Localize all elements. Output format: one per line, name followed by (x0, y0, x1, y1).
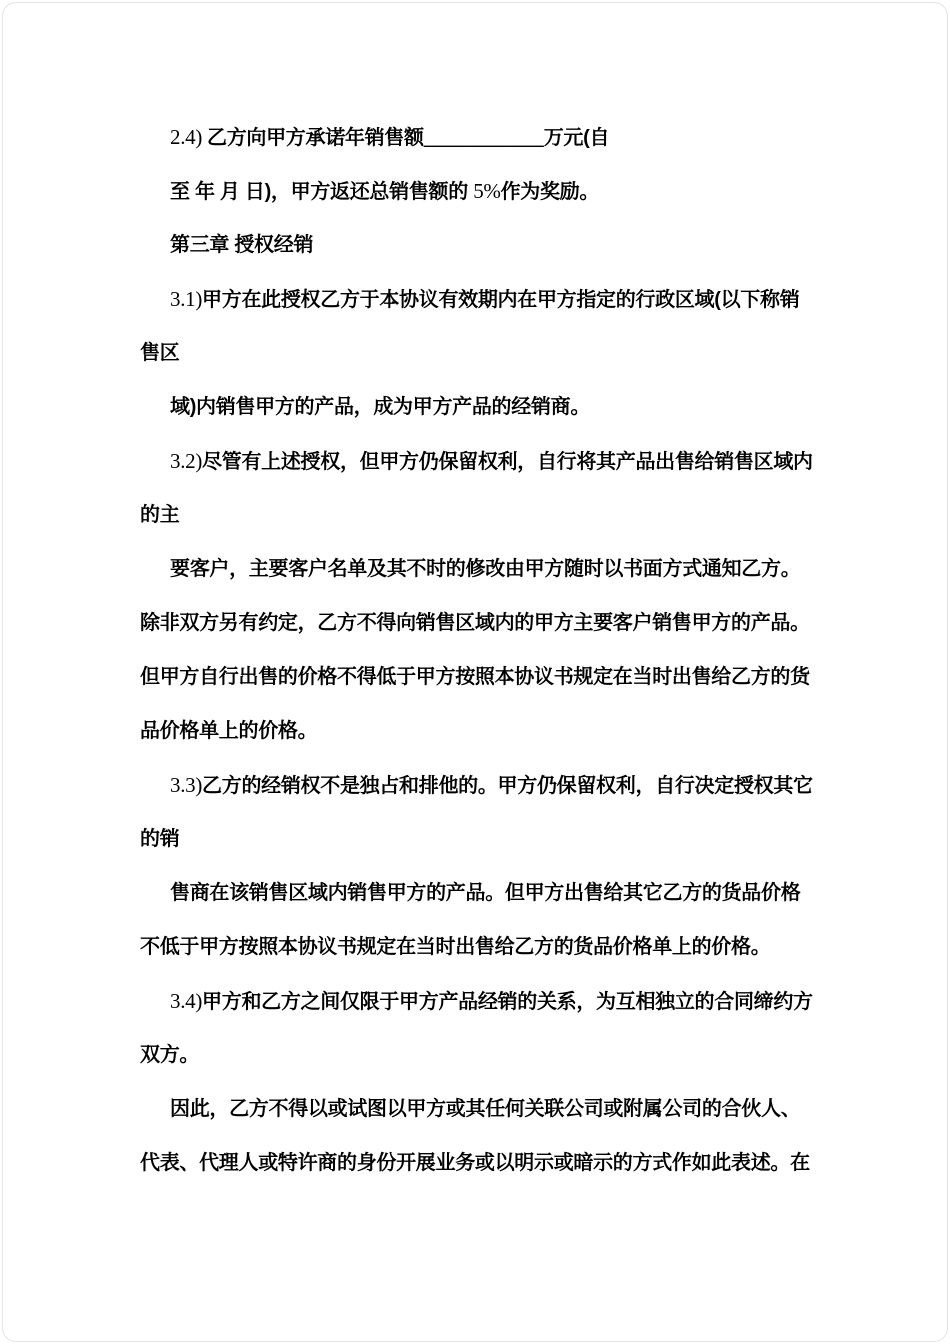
clause-number: 3.3) (170, 773, 202, 797)
text-segment: 但甲方自行出售的价格不得低于甲方按照本协议书规定在当时出售给乙方的货 (140, 666, 810, 688)
document-body: 2.4) 乙方向甲方承诺年销售额____________万元(自至 年 月 日)… (140, 110, 830, 1190)
text-line: 3.2)尽管有上述授权，但甲方仍保留权利，自行将其产品出售给销售区域内 (140, 434, 830, 488)
text-segment: 除非双方另有约定，乙方不得向销售区域内的甲方主要客户销售甲方的产品。 (140, 612, 810, 634)
text-line: 域)内销售甲方的产品，成为甲方产品的经销商。 (140, 380, 830, 434)
text-line: 但甲方自行出售的价格不得低于甲方按照本协议书规定在当时出售给乙方的货 (140, 650, 830, 704)
text-segment: 万元(自 (544, 127, 609, 149)
clause-number: 3.1) (170, 287, 202, 311)
text-segment: 的销 (140, 828, 179, 850)
text-line: 因此，乙方不得以或试图以甲方或其任何关联公司或附属公司的合伙人、 (140, 1082, 830, 1136)
text-segment: 代表、代理人或特许商的身份开展业务或以明示或暗示的方式作如此表述。在 (140, 1152, 810, 1174)
text-line: 第三章 授权经销 (140, 218, 830, 272)
text-line: 3.1)甲方在此授权乙方于本协议有效期内在甲方指定的行政区域(以下称销 (140, 272, 830, 326)
text-line: 不低于甲方按照本协议书规定在当时出售给乙方的货品价格单上的价格。 (140, 920, 830, 974)
document-page: 2.4) 乙方向甲方承诺年销售额____________万元(自至 年 月 日)… (0, 0, 950, 1344)
text-line: 双方。 (140, 1028, 830, 1082)
text-segment: 要客户，主要客户名单及其不时的修改由甲方随时以书面方式通知乙方。 (170, 558, 800, 580)
text-line: 品价格单上的价格。 (140, 704, 830, 758)
text-segment: 第三章 授权经销 (170, 234, 313, 256)
text-line: 至 年 月 日)，甲方返还总销售额的 5%作为奖励。 (140, 164, 830, 218)
text-line: 的销 (140, 812, 830, 866)
text-segment: 乙方的经销权不是独占和排他的。甲方仍保留权利，自行决定授权其它 (202, 775, 813, 797)
text-segment: 的主 (140, 504, 179, 526)
text-segment: 作为奖励。 (501, 181, 600, 203)
clause-number: 3.2) (170, 449, 202, 473)
clause-number: 3.4) (170, 989, 202, 1013)
text-segment: 品价格单上的价格。 (140, 720, 317, 742)
text-segment: 售商在该销售区域内销售甲方的产品。但甲方出售给其它乙方的货品价格 (170, 882, 800, 904)
text-line: 代表、代理人或特许商的身份开展业务或以明示或暗示的方式作如此表述。在 (140, 1136, 830, 1190)
clause-number: 2.4) (170, 125, 207, 149)
text-segment: 乙方向甲方承诺年销售额 (207, 127, 424, 149)
text-segment: 至 年 月 日)，甲方返还总销售额的 (170, 181, 473, 203)
text-segment: 甲方和乙方之间仅限于甲方产品经销的关系，为互相独立的合同缔约方 (202, 991, 813, 1013)
text-segment: 售区 (140, 342, 179, 364)
text-segment: 尽管有上述授权，但甲方仍保留权利，自行将其产品出售给销售区域内 (202, 451, 813, 473)
blank-underline: ____________ (424, 127, 544, 149)
clause-number: 5% (473, 179, 500, 203)
text-segment: 因此，乙方不得以或试图以甲方或其任何关联公司或附属公司的合伙人、 (170, 1098, 800, 1120)
text-segment: 双方。 (140, 1044, 199, 1066)
text-line: 3.3)乙方的经销权不是独占和排他的。甲方仍保留权利，自行决定授权其它 (140, 758, 830, 812)
text-segment: 甲方在此授权乙方于本协议有效期内在甲方指定的行政区域(以下称销 (202, 289, 799, 311)
text-line: 售商在该销售区域内销售甲方的产品。但甲方出售给其它乙方的货品价格 (140, 866, 830, 920)
text-line: 要客户，主要客户名单及其不时的修改由甲方随时以书面方式通知乙方。 (140, 542, 830, 596)
text-line: 除非双方另有约定，乙方不得向销售区域内的甲方主要客户销售甲方的产品。 (140, 596, 830, 650)
text-segment: 不低于甲方按照本协议书规定在当时出售给乙方的货品价格单上的价格。 (140, 936, 770, 958)
text-line: 3.4)甲方和乙方之间仅限于甲方产品经销的关系，为互相独立的合同缔约方 (140, 974, 830, 1028)
text-segment: 域)内销售甲方的产品，成为甲方产品的经销商。 (170, 396, 590, 418)
text-line: 的主 (140, 488, 830, 542)
text-line: 售区 (140, 326, 830, 380)
text-line: 2.4) 乙方向甲方承诺年销售额____________万元(自 (140, 110, 830, 164)
